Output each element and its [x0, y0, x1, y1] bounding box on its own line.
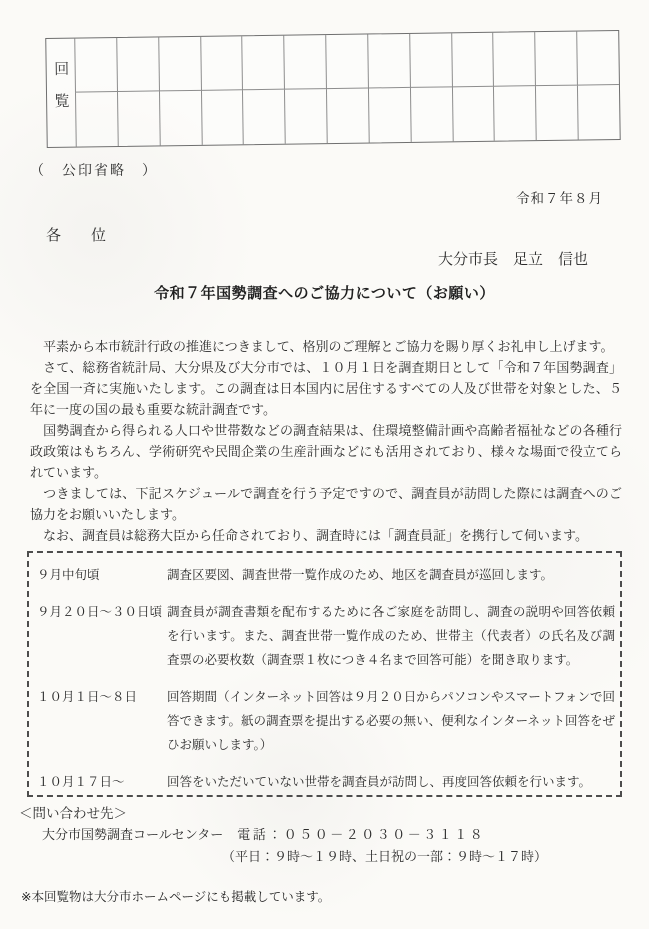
schedule-row: ９月２０日～３０日頃 調査員が調査書類を配布するために各ご家庭を訪問し、調査の説…: [37, 600, 615, 672]
circulation-cell: [242, 36, 285, 91]
circulation-cell: [325, 35, 368, 90]
sender-name: 大分市長 足立 信也: [438, 248, 588, 269]
schedule-period: １０月１７日～: [37, 770, 167, 794]
schedule-period: ９月中旬頃: [37, 563, 167, 587]
circulation-cell: [535, 86, 578, 141]
circulation-cell: [367, 34, 410, 89]
circulation-cell: [326, 89, 369, 144]
circulation-header-cell: 回覧: [46, 39, 76, 147]
contact-phone: 電話：０５０－２０３０－３１１８: [237, 827, 485, 842]
contact-line: 大分市国勢調査コールセンター電話：０５０－２０３０－３１１８: [42, 824, 485, 843]
circulation-cell: [493, 32, 536, 87]
schedule-description: 回答期間（インターネット回答は９月２０日からパソコンやスマートフォンで回答できま…: [167, 685, 615, 757]
circulation-cell: [242, 90, 285, 145]
document-title: 令和７年国勢調査へのご協力について（お願い）: [0, 282, 649, 303]
circulation-table: 回覧: [45, 30, 620, 148]
circulation-cell: [201, 90, 244, 145]
schedule-row: １０月１７日～ 回答をいただいていない世帯を調査員が訪問し、再度回答依頼を行いま…: [37, 770, 615, 794]
footnote: ※本回覧物は大分市ホームページにも掲載しています。: [21, 887, 330, 905]
circulation-cell: [75, 92, 118, 147]
body-paragraph: 国勢調査から得られる人口や世帯数などの調査結果は、住環境整備計画や高齢者福祉など…: [30, 420, 622, 483]
circulation-label: 回覧: [50, 61, 72, 125]
body-paragraph: さて、総務省統計局、大分県及び大分市では、１０月１日を調査期日として「令和７年国…: [30, 357, 622, 420]
circulation-cell: [117, 91, 160, 146]
circulation-grid: [74, 31, 619, 147]
contact-name: 大分市国勢調査コールセンター: [42, 827, 223, 842]
circulation-cell: [283, 35, 326, 90]
schedule-period: ９月２０日～３０日頃: [37, 600, 167, 672]
schedule-box: ９月中旬頃 調査区要図、調査世帯一覧作成のため、地区を調査員が巡回します。 ９月…: [27, 551, 622, 797]
schedule-description: 回答をいただいていない世帯を調査員が訪問し、再度回答依頼を行います。: [167, 770, 615, 794]
circulation-cell: [200, 36, 243, 91]
scanned-document-page: 回覧 （ 公印省略 ） 令和７年８月 各 位 大分市長 足立 信也 令和７年国勢…: [0, 0, 649, 929]
body-paragraph: つきましては、下記スケジュールで調査を行う予定ですので、調査員が訪問した際には調…: [30, 483, 622, 525]
circulation-cell: [284, 89, 327, 144]
circulation-cell: [116, 37, 159, 92]
schedule-row: ９月中旬頃 調査区要図、調査世帯一覧作成のため、地区を調査員が巡回します。: [37, 563, 615, 587]
schedule-period: １０月１日～８日: [37, 685, 167, 757]
schedule-description: 調査員が調査書類を配布するために各ご家庭を訪問し、調査の説明や回答依頼を行います…: [167, 600, 615, 672]
circulation-cell: [410, 87, 453, 142]
circulation-cell: [534, 32, 577, 87]
circulation-cell: [577, 85, 620, 140]
addressee: 各 位: [46, 224, 106, 245]
circulation-cell: [159, 91, 202, 146]
circulation-cell: [368, 88, 411, 143]
circulation-cell: [493, 86, 536, 141]
schedule-row: １０月１日～８日 回答期間（インターネット回答は９月２０日からパソコンやスマート…: [37, 685, 615, 757]
circulation-cell: [409, 33, 452, 88]
body-paragraph: 平素から本市統計行政の推進につきまして、格別のご理解とご協力を賜り厚くお礼申し上…: [30, 336, 622, 357]
seal-omitted-note: （ 公印省略 ）: [30, 160, 158, 180]
circulation-cell: [451, 33, 494, 88]
schedule-description: 調査区要図、調査世帯一覧作成のため、地区を調査員が巡回します。: [167, 563, 615, 587]
circulation-cell: [452, 87, 495, 142]
circulation-cell: [576, 31, 619, 86]
contact-hours: （平日：９時～１９時、土日祝の一部：９時～１７時）: [222, 846, 547, 865]
document-date: 令和７年８月: [516, 187, 603, 207]
contact-heading: ＜問い合わせ先＞: [19, 802, 127, 822]
circulation-cell: [74, 38, 117, 93]
circulation-cell: [158, 37, 201, 92]
body-paragraph: なお、調査員は総務大臣から任命されており、調査時には「調査員証」を携行して伺いま…: [30, 525, 622, 546]
body-text: 平素から本市統計行政の推進につきまして、格別のご理解とご協力を賜り厚くお礼申し上…: [30, 336, 622, 546]
